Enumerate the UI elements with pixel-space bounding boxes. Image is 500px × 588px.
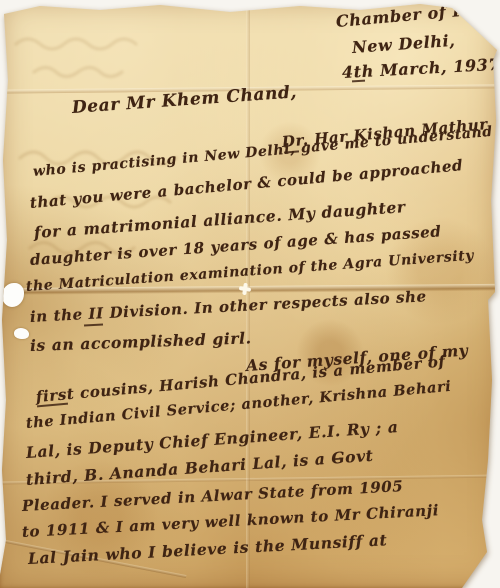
torn-hole (14, 328, 29, 339)
fold-intersection-hole (239, 283, 251, 295)
letter-line: in the II Division. In other respects al… (30, 287, 428, 326)
letter-line: is an accomplished girl. (30, 328, 252, 355)
letterhead-organization: Chamber of Princes, (335, 0, 500, 31)
letterhead-city: New Delhi, (351, 31, 456, 57)
salutation: Dear Mr Khem Chand, (71, 82, 297, 118)
letterhead-date: 4th March, 1937. (342, 54, 500, 82)
paper-shadow: Chamber of Princes, New Delhi, 4th March… (0, 0, 500, 588)
underline-stroke (84, 324, 103, 326)
paper-sheet: Chamber of Princes, New Delhi, 4th March… (0, 0, 500, 588)
scanned-letter-page: Chamber of Princes, New Delhi, 4th March… (0, 0, 500, 588)
ink-bleedthrough-top (4, 24, 204, 84)
torn-hole (2, 283, 24, 307)
